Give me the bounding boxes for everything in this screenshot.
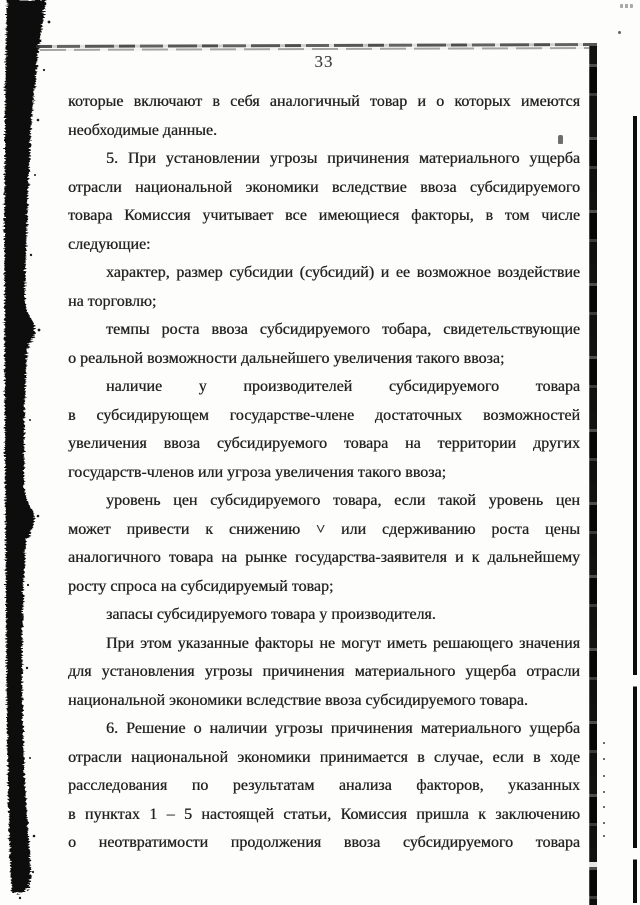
text-line: увеличения ввоза субсидируемого товара н…: [68, 430, 580, 459]
text-line: необходимые данные.: [68, 117, 580, 146]
text-line: При этом указанные факторы не могут имет…: [68, 630, 580, 659]
text-line: для установления угрозы причинения матер…: [68, 658, 580, 687]
text-line: следующие:: [68, 231, 580, 260]
text-line: государств-членов или угроза увеличения …: [68, 459, 580, 488]
text-line: уровень цен субсидируемого товара, если …: [68, 487, 580, 516]
text-line: в пунктах 1 – 5 настоящей статьи, Комисс…: [68, 801, 580, 830]
scan-speck: [618, 31, 621, 34]
text-line: может привести к снижению ˅ или сдержива…: [68, 516, 580, 545]
scan-dust-dots: [603, 742, 606, 842]
text-line: которые включают в себя аналогичный това…: [68, 88, 580, 117]
text-line: расследования по результатам анализа фак…: [68, 772, 580, 801]
scan-speck: [620, 4, 633, 8]
scan-binder-shadow: [0, 0, 62, 905]
text-line: росту спроса на субсидируемый товар;: [68, 573, 580, 602]
page-edge-gap: [588, 862, 598, 867]
text-line: 6. Решение о наличии угрозы причинения м…: [68, 715, 580, 744]
text-line: темпы роста ввоза субсидируемого тобара,…: [68, 316, 580, 345]
text-line: характер, размер субсидии (субсидий) и е…: [68, 259, 580, 288]
text-line: о реальной возможности дальнейшего увели…: [68, 345, 580, 374]
text-line: национальной экономики вследствие ввоза …: [68, 687, 580, 716]
image-edge-line-right: [633, 116, 637, 903]
text-line: о неотвратимости продолжения ввоза субси…: [68, 829, 580, 858]
text-line: на торговлю;: [68, 288, 580, 317]
document-text-block: которые включают в себя аналогичный това…: [68, 88, 580, 858]
page-number: 33: [68, 52, 580, 72]
text-line: отрасли национальной экономики вследстви…: [68, 174, 580, 203]
text-line: товара Комиссия учитывает все имеющиеся …: [68, 202, 580, 231]
text-line: запасы субсидируемого товара у производи…: [68, 601, 580, 630]
text-line: наличие у производителей субсидируемого …: [68, 373, 580, 402]
text-line: отрасли национальной экономики принимает…: [68, 744, 580, 773]
page-edge-line-right: [589, 46, 597, 905]
text-line: 5. При установлении угрозы причинения ма…: [68, 145, 580, 174]
text-line: в субсидирующем государстве-члене достат…: [68, 402, 580, 431]
scanned-document-page: 33 которые включают в себя аналогичный т…: [0, 0, 640, 905]
text-line: аналогичного товара на рынке государства…: [68, 544, 580, 573]
scan-line-top-echo: [40, 47, 593, 50]
